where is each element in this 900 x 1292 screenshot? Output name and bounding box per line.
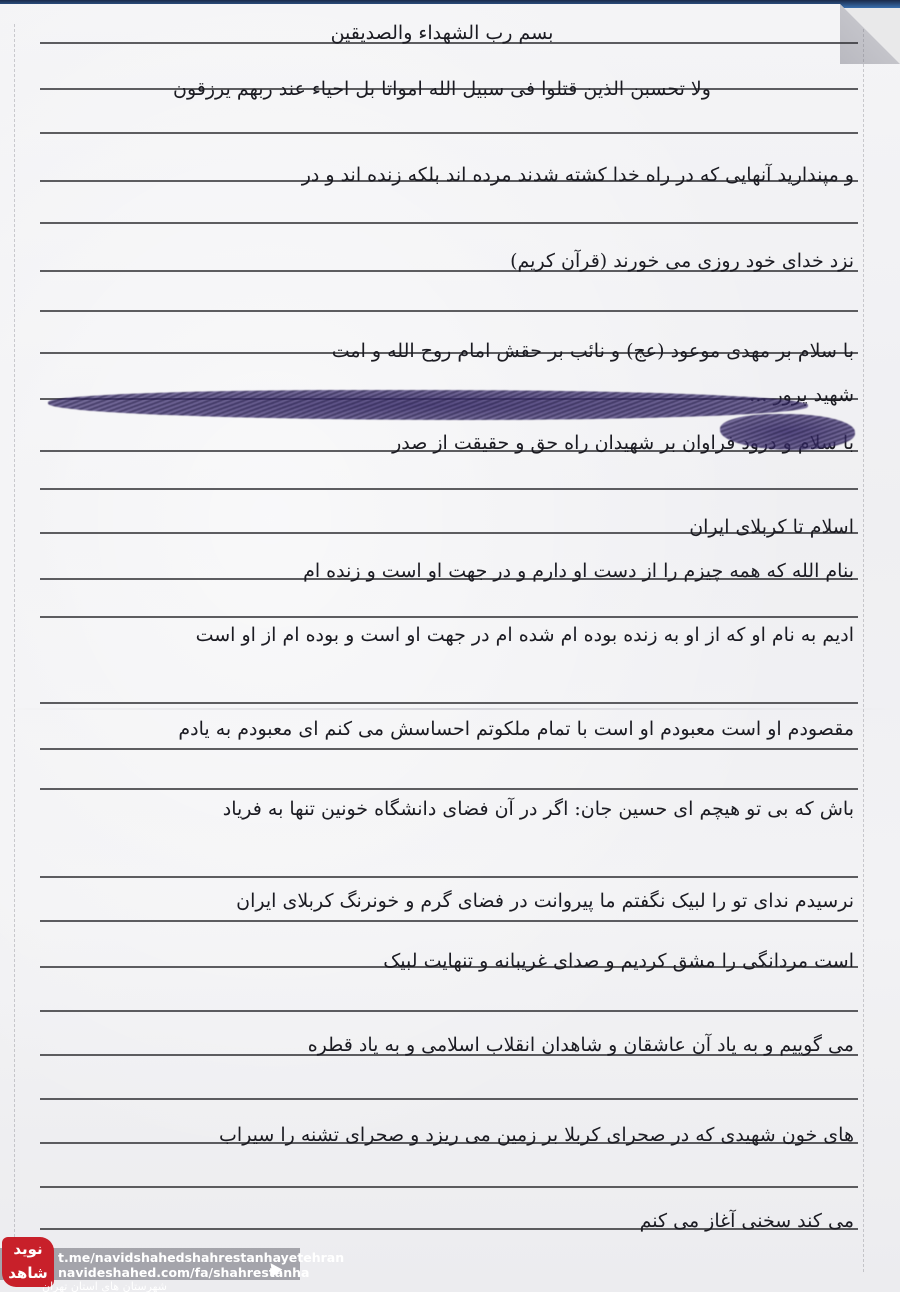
ruled-line — [40, 702, 858, 704]
letter-line: می گوییم و به یاد آن عاشقان و شاهدان انق… — [30, 1032, 854, 1058]
letter-line: ولا تحسبن الذین قتلوا فی سبیل الله اموات… — [30, 76, 854, 102]
letter-line: نزد خدای خود روزی می خورند (قرآن کریم) — [30, 248, 854, 274]
letter-line: بنام الله که همه چیزم را از دست او دارم … — [30, 558, 854, 584]
ruled-line — [40, 920, 858, 922]
watermark-telegram-link[interactable]: t.me/navidshahedshahrestanhayetehran — [58, 1250, 344, 1265]
ruled-line — [40, 616, 858, 618]
ruled-line — [40, 310, 858, 312]
letter-line: می کند سخنی آغاز می کنم — [30, 1208, 854, 1234]
watermark-caption: شهرستان های استان تهران — [42, 1280, 167, 1292]
ruled-line — [40, 488, 858, 490]
letter-page: بسم رب الشهداء والصدیقین ولا تحسبن الذین… — [0, 4, 900, 1292]
letter-line: اسلام تا کربلای ایران — [30, 514, 854, 540]
letter-line: باش که بی تو هیچم ای حسین جان: اگر در آن… — [30, 796, 854, 822]
letter-line: و مپندارید آنهایی که در راه خدا کشته شدن… — [30, 162, 854, 188]
ruled-line — [40, 788, 858, 790]
ruled-line — [40, 1010, 858, 1012]
ruled-line — [40, 748, 858, 750]
letter-line: با سلام بر مهدی موعود (عج) و نائب بر حقش… — [30, 338, 854, 364]
paper-crease — [0, 708, 900, 710]
ruled-line — [40, 1186, 858, 1188]
left-margin-line — [14, 24, 15, 1272]
letter-heading: بسم رب الشهداء والصدیقین — [30, 20, 854, 46]
letter-line: ادیم به نام او که از او به زنده بوده ام … — [30, 622, 854, 648]
right-margin-line — [863, 24, 864, 1272]
ruled-line — [40, 1098, 858, 1100]
ruled-line — [40, 876, 858, 878]
ruled-line — [40, 222, 858, 224]
redaction-scribble — [48, 390, 808, 420]
letter-line: مقصودم او است معبودم او است با تمام ملکو… — [30, 716, 854, 742]
letter-line: است مردانگی را مشق کردیم و صدای غریبانه … — [30, 948, 854, 974]
letter-line: های خون شهیدی که در صحرای کربلا بر زمین … — [30, 1122, 854, 1148]
letter-line: نرسیدم ندای تو را لبیک نگفتم ما پیروانت … — [30, 888, 854, 914]
ruled-line — [40, 132, 858, 134]
